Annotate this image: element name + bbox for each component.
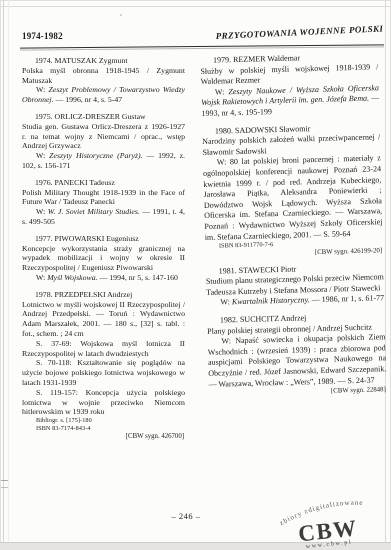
text-segment: W: bbox=[36, 151, 49, 160]
scan-edge-right bbox=[385, 0, 386, 550]
text-columns: 1974. MATUSZAK ZygmuntPolska myśl obronn… bbox=[22, 56, 378, 448]
entry-paragraph-source: W: Zeszyty Naukowe / Wyższa Szkoła Ofice… bbox=[201, 83, 380, 119]
text-segment: W: Napaść sowiecka i okupacja polskich Z… bbox=[208, 332, 387, 388]
entry-heading: 1977. PIWOWARSKI Eugeniusz bbox=[22, 234, 185, 244]
text-segment: — 1996, nr 4, s. 5-47 bbox=[54, 95, 123, 104]
text-segment: Studia gen. Gustawa Orlicz-Dreszera z 19… bbox=[22, 122, 185, 151]
entry-paragraph-small: Bibliogr. s. [175]-180 bbox=[22, 417, 185, 425]
text-segment: — 1986, nr 1, s. 61-77 bbox=[310, 294, 385, 305]
entry-paragraph-source: W: W. J. Soviet Military Studies. — 1991… bbox=[22, 207, 185, 227]
header-running-title: PRZYGOTOWANIA WOJENNE POLSKI bbox=[216, 23, 384, 41]
bib-entry: 1981. STAWECKI PiotrStudium planu strate… bbox=[206, 262, 385, 309]
scan-speck bbox=[120, 14, 122, 16]
bib-entry: 1977. PIWOWARSKI EugeniuszKoncepcje wyko… bbox=[22, 234, 185, 283]
entry-paragraph-title: Studia gen. Gustawa Orlicz-Dreszera z 19… bbox=[22, 122, 185, 151]
entry-paragraph-section: S. 119-157: Koncepcja użycia polskiego l… bbox=[22, 388, 185, 417]
journal-title-segment: Zeszyty Historyczne (Paryż). bbox=[49, 151, 142, 160]
scan-edge-top bbox=[0, 6, 391, 7]
text-segment: Bibliogr. s. [175]-180 bbox=[36, 417, 92, 424]
entry-heading: 1975. ORLICZ-DRESZER Gustaw bbox=[22, 112, 185, 122]
text-segment: W: bbox=[36, 273, 47, 282]
bib-entry: 1980. SADOWSKI SławomirNarodziny polskic… bbox=[202, 122, 383, 260]
text-segment: Lotnictwo w myśli wojskowej II Rzeczypos… bbox=[22, 300, 185, 338]
text-segment: [CBW sygn. 426199-20] bbox=[315, 247, 382, 256]
entry-paragraph-source: W: Zeszyty Historyczne (Paryż). — 1992, … bbox=[22, 151, 185, 171]
entry-paragraph-title: Koncepcje wykorzystania straży graniczne… bbox=[22, 244, 185, 273]
text-segment: — 1994, nr 5, s. 147-160 bbox=[98, 273, 178, 282]
entry-paragraph-source: W: Napaść sowiecka i okupacja polskich Z… bbox=[207, 332, 386, 390]
text-segment: W: bbox=[220, 298, 232, 307]
right-column: 1979. REZMER WaldemarSłużby w polskiej m… bbox=[200, 51, 388, 448]
journal-title-segment: Kwartalnik Historyczny. bbox=[232, 296, 310, 307]
text-segment: Koncepcje wykorzystania straży graniczne… bbox=[22, 244, 185, 273]
bib-entry: 1976. PANECKI TadeuszPolish Military Tho… bbox=[22, 178, 185, 227]
text-segment: W: bbox=[215, 87, 229, 96]
entry-heading: 1978. PRZEDPEŁSKI Andrzej bbox=[22, 290, 185, 300]
cbw-digitization-stamp: zbiory zdigitalizowane CBW www.cbw.pl bbox=[270, 487, 391, 550]
entry-paragraph-sygn: [CBW sygn. 426700] bbox=[22, 432, 185, 441]
entry-paragraph-title: Polska myśl obronna 1918-1945 / Zygmunt … bbox=[22, 66, 185, 86]
cbw-stamp-graphic: zbiory zdigitalizowane CBW www.cbw.pl bbox=[270, 487, 391, 550]
text-segment: ISBN 83-911770-7-6 bbox=[219, 241, 274, 249]
text-segment: [CBW sygn. 426700] bbox=[126, 433, 184, 440]
entry-heading: 1974. MATUSZAK Zygmunt bbox=[22, 56, 185, 66]
bib-entry: 1982. SUCHCITZ AndrzejPlany polskiej str… bbox=[207, 311, 387, 399]
text-segment: Polish Military Thought 1918-1939 in the… bbox=[22, 188, 185, 207]
text-segment: Polska myśl obronna 1918-1945 / Zygmunt … bbox=[22, 66, 185, 85]
entry-paragraph-title: Lotnictwo w myśli wojskowej II Rzeczypos… bbox=[22, 300, 185, 339]
text-segment: S. 37-69: Wojskowa myśl lotnicza II Rzec… bbox=[22, 339, 185, 358]
left-column: 1974. MATUSZAK ZygmuntPolska myśl obronn… bbox=[22, 56, 185, 448]
entry-paragraph-title: Polish Military Thought 1918-1939 in the… bbox=[22, 188, 185, 208]
scan-edge-left-inner bbox=[8, 0, 9, 550]
text-segment: W: bbox=[36, 207, 48, 216]
header-rule bbox=[20, 44, 384, 50]
text-segment: Studium planu strategicznego Polski prze… bbox=[206, 273, 384, 297]
entry-paragraph-source: W: 80 lat polskiej broni pancernej : mat… bbox=[203, 154, 383, 243]
text-segment: S. 70-118: Kształtowanie się poglądów na… bbox=[22, 358, 185, 387]
text-segment: [CBW sygn. 22848] bbox=[331, 386, 386, 394]
bib-entry: 1975. ORLICZ-DRESZER GustawStudia gen. G… bbox=[22, 112, 185, 171]
text-segment: W: bbox=[36, 85, 49, 94]
entry-paragraph-small: ISBN 83-7174-843-4 bbox=[22, 425, 185, 433]
text-segment: S. 119-157: Koncepcja użycia polskiego l… bbox=[22, 388, 185, 417]
scan-edge-left bbox=[3, 0, 4, 550]
entry-paragraph-source: W: Myśl Wojskowa. — 1994, nr 5, s. 147-1… bbox=[22, 273, 185, 283]
scan-speck bbox=[335, 300, 337, 301]
bib-entry: 1979. REZMER WaldemarSłużby w polskiej m… bbox=[200, 51, 380, 119]
page-header: 1974-1982 PRZYGOTOWANIA WOJENNE POLSKI bbox=[22, 31, 384, 41]
bib-entry: 1978. PRZEDPEŁSKI AndrzejLotnictwo w myś… bbox=[22, 290, 185, 442]
scan-artifact bbox=[1, 480, 8, 488]
text-segment: W: 80 lat polskiej broni pancernej : mat… bbox=[203, 154, 383, 242]
scanned-bibliography-page: 1974-1982 PRZYGOTOWANIA WOJENNE POLSKI 1… bbox=[0, 0, 391, 550]
text-segment: ISBN 83-7174-843-4 bbox=[36, 425, 91, 432]
entry-heading: 1976. PANECKI Tadeusz bbox=[22, 178, 185, 188]
journal-title-segment: Myśl Wojskowa. bbox=[47, 273, 97, 282]
bib-entry: 1974. MATUSZAK ZygmuntPolska myśl obronn… bbox=[22, 56, 185, 105]
header-year-range: 1974-1982 bbox=[22, 31, 63, 41]
journal-title-segment: Zeszyty Naukowe / Wyższa Szkoła Oficersk… bbox=[201, 83, 379, 107]
entry-paragraph-source: W: Zeszyt Problemowy / Towarzystwo Wiedz… bbox=[22, 85, 185, 105]
entry-paragraph-section: S. 70-118: Kształtowanie się poglądów na… bbox=[22, 358, 185, 387]
text-segment: Służby w polskiej myśli wojskowej 1918-1… bbox=[200, 62, 378, 86]
journal-title-segment: W. J. Soviet Military Studies. bbox=[48, 207, 140, 216]
text-segment: Narodziny polskich założeń walki przeciw… bbox=[202, 132, 380, 156]
entry-paragraph-section: S. 37-69: Wojskowa myśl lotnicza II Rzec… bbox=[22, 339, 185, 359]
